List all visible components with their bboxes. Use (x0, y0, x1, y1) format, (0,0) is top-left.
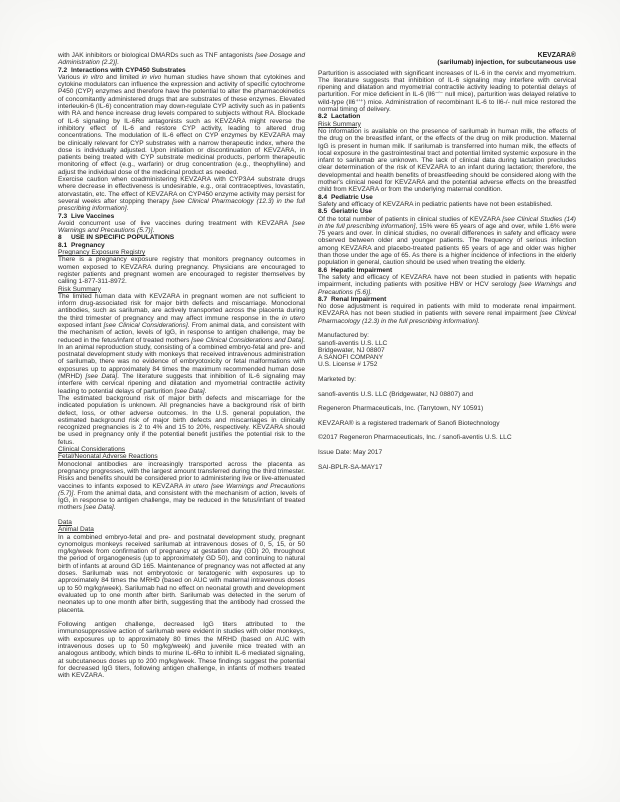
brand-title: KEVZARA® (318, 52, 576, 59)
paragraph: The limited human data with KEVZARA in p… (58, 293, 305, 395)
paragraph: The estimated background risk of major b… (58, 395, 305, 446)
section-number: 8.5 (318, 208, 331, 215)
section-title: USE IN SPECIFIC POPULATIONS (71, 234, 174, 241)
text-line: sanofi-aventis U.S. LLC (Bridgewater, NJ… (318, 391, 576, 398)
paragraph: The safety and efficacy of KEVZARA have … (318, 274, 576, 296)
section-heading: 7.2Interactions with CYP450 Substrates (58, 67, 305, 74)
subsection-heading: Fetal/Neonatal Adverse Reactions (58, 453, 305, 460)
paragraph: Various in vitro and limited in vivo hum… (58, 74, 305, 176)
section-number: 8.4 (318, 194, 331, 201)
right-column: KEVZARA® (sarilumab) injection, for subc… (318, 52, 576, 772)
paragraph: In a combined embryo-fetal and pre- and … (58, 534, 305, 614)
section-heading: 8.7Renal Impairment (318, 296, 576, 303)
section-title: Pregnancy (71, 242, 105, 249)
paragraph: Exercise caution when coadministering KE… (58, 176, 305, 212)
paragraph: Avoid concurrent use of live vaccines du… (58, 220, 305, 235)
section-title: Hepatic Impairment (331, 267, 392, 274)
section-title: Lactation (331, 113, 360, 120)
text-line: U.S. License # 1752 (318, 361, 576, 368)
section-title: Geriatric Use (331, 208, 372, 215)
section-number: 7.2 (58, 67, 71, 74)
subsection-heading: Risk Summary (318, 121, 576, 128)
left-column: with JAK inhibitors or biological DMARDs… (58, 52, 305, 772)
text-line: Issue Date: May 2017 (318, 449, 576, 456)
text-line: SAI-BPLR-SA-MAY17 (318, 464, 576, 471)
paragraph: No dose adjustment is required in patien… (318, 303, 576, 325)
section-number: 7.3 (58, 213, 71, 220)
brand-subtitle: (sarilumab) injection, for subcutaneous … (318, 59, 576, 66)
section-number: 8.7 (318, 296, 331, 303)
section-number: 8.1 (58, 242, 71, 249)
paragraph: There is a pregnancy exposure registry t… (58, 256, 305, 285)
section-number: 8.6 (318, 267, 331, 274)
subsection-heading: Pregnancy Exposure Registry (58, 249, 305, 256)
section-heading: 8USE IN SPECIFIC POPULATIONS (58, 234, 305, 241)
section-number: 8 (58, 234, 71, 241)
section-title: Interactions with CYP450 Substrates (71, 67, 186, 74)
section-heading: 8.6Hepatic Impairment (318, 267, 576, 274)
paragraph: with JAK inhibitors or biological DMARDs… (58, 52, 305, 67)
paragraph: Following antigen challenge, decreased I… (58, 621, 305, 679)
paragraph: Monoclonal antibodies are increasingly t… (58, 461, 305, 512)
subsection-heading: Data (58, 519, 305, 526)
section-heading: 8.5Geriatric Use (318, 208, 576, 215)
section-heading: 7.3Live Vaccines (58, 213, 305, 220)
text-line: ©2017 Regeneron Pharmaceuticals, Inc. / … (318, 434, 576, 441)
text-line: sanofi-aventis U.S. LLC (318, 340, 576, 347)
subsection-heading: Risk Summary (58, 286, 305, 293)
text-line: KEVZARA® is a registered trademark of Sa… (318, 420, 576, 427)
section-heading: 8.4Pediatric Use (318, 194, 576, 201)
section-heading: 8.1Pregnancy (58, 242, 305, 249)
text-line: Manufactured by: (318, 332, 576, 339)
section-heading: 8.2Lactation (318, 113, 576, 120)
text-line: Marketed by: (318, 376, 576, 383)
paragraph: Safety and efficacy of KEVZARA in pediat… (318, 201, 576, 208)
text-line: Bridgewater, NJ 08807 (318, 347, 576, 354)
text-line: Regeneron Pharmaceuticals, Inc. (Tarryto… (318, 405, 576, 412)
subsection-heading: Clinical Considerations (58, 446, 305, 453)
section-title: Pediatric Use (331, 194, 373, 201)
text-line: A SANOFI COMPANY (318, 354, 576, 361)
section-number: 8.2 (318, 113, 331, 120)
right-column-body: Parturition is associated with significa… (318, 70, 576, 471)
paragraph: Of the total number of patients in clini… (318, 216, 576, 267)
paragraph: Parturition is associated with significa… (318, 70, 576, 114)
prescribing-info-page: with JAK inhibitors or biological DMARDs… (0, 0, 620, 802)
section-title: Live Vaccines (71, 213, 114, 220)
paragraph: No information is available on the prese… (318, 128, 576, 194)
subsection-heading: Animal Data (58, 526, 305, 533)
section-title: Renal Impairment (331, 296, 386, 303)
